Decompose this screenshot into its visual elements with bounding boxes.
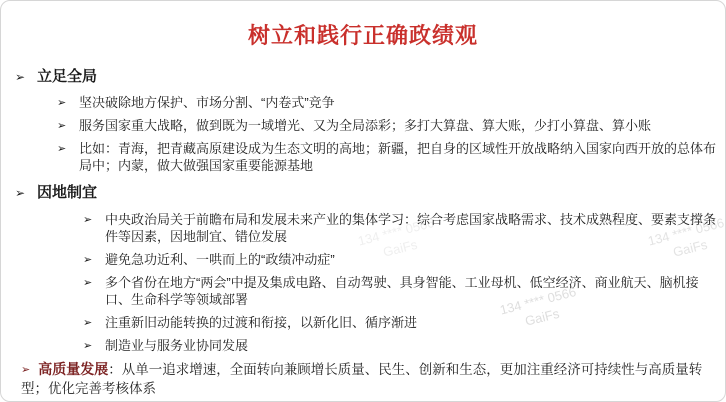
arrow-bullet-icon: ➢ [83, 212, 105, 229]
list-item: ➢ 比如：青海，把青藏高原建设成为生态文明的高地；新疆，把自身的区域性开放战略纳… [15, 140, 719, 174]
list-item-text: 服务国家重大战略，做到既为一域增光、又为全局添彩；多打大算盘、算大账，少打小算盘… [79, 117, 719, 134]
list-item: ➢ 中央政治局关于前瞻布局和发展未来产业的集体学习：综合考虑国家战略需求、技术成… [15, 211, 719, 245]
arrow-bullet-icon: ➢ [15, 68, 37, 87]
arrow-bullet-icon: ➢ [83, 315, 105, 332]
list-item-text: 中央政治局关于前瞻布局和发展未来产业的集体学习：综合考虑国家战略需求、技术成熟程… [105, 211, 719, 245]
section-heading-local-conditions: ➢ 因地制宜 [15, 183, 719, 202]
highlight-text: ：从单一追求增速，全面转向兼顾增长质量、民生、创新和生态，更加注重经济可持续性与… [21, 362, 702, 396]
section-heading-label: 立足全局 [37, 67, 719, 86]
list-item-text: 多个省份在地方“两会”中提及集成电路、自动驾驶、具身智能、工业母机、低空经济、商… [105, 274, 719, 308]
presentation-slide: 134 **** 0566 GaiFs 134 **** 0566 GaiFs … [0, 0, 726, 402]
slide-title: 树立和践行正确政绩观 [1, 19, 725, 50]
list-item: ➢ 坚决破除地方保护、市场分割、“内卷式”竞争 [15, 94, 719, 111]
arrow-bullet-icon: ➢ [83, 338, 105, 355]
list-item: ➢ 多个省份在地方“两会”中提及集成电路、自动驾驶、具身智能、工业母机、低空经济… [15, 274, 719, 308]
arrow-bullet-icon: ➢ [57, 118, 79, 135]
arrow-bullet-icon: ➢ [83, 252, 105, 269]
arrow-bullet-icon: ➢ [21, 362, 30, 379]
list-item: ➢ 制造业与服务业协同发展 [15, 337, 719, 354]
section-heading-label: 因地制宜 [37, 183, 719, 202]
arrow-bullet-icon: ➢ [57, 95, 79, 112]
slide-body: ➢ 立足全局 ➢ 坚决破除地方保护、市场分割、“内卷式”竞争 ➢ 服务国家重大战… [15, 61, 719, 397]
highlight-lead-label: 高质量发展 [38, 361, 108, 377]
list-item: ➢ 注重新旧动能转换的过渡和衔接，以新化旧、循序渐进 [15, 314, 719, 331]
list-item-text: 比如：青海，把青藏高原建设成为生态文明的高地；新疆，把自身的区域性开放战略纳入国… [79, 140, 719, 174]
section-heading-overall-view: ➢ 立足全局 [15, 67, 719, 86]
arrow-bullet-icon: ➢ [57, 141, 79, 158]
highlight-paragraph: ➢高质量发展：从单一追求增速，全面转向兼顾增长质量、民生、创新和生态，更加注重经… [21, 361, 719, 397]
list-item-text: 坚决破除地方保护、市场分割、“内卷式”竞争 [79, 94, 719, 111]
list-item: ➢ 避免急功近利、一哄而上的“政绩冲动症” [15, 251, 719, 268]
arrow-bullet-icon: ➢ [15, 184, 37, 203]
list-item-text: 避免急功近利、一哄而上的“政绩冲动症” [105, 251, 719, 268]
list-item-text: 注重新旧动能转换的过渡和衔接，以新化旧、循序渐进 [105, 314, 719, 331]
list-item-text: 制造业与服务业协同发展 [105, 337, 719, 354]
arrow-bullet-icon: ➢ [83, 275, 105, 292]
list-item: ➢ 服务国家重大战略，做到既为一域增光、又为全局添彩；多打大算盘、算大账，少打小… [15, 117, 719, 134]
